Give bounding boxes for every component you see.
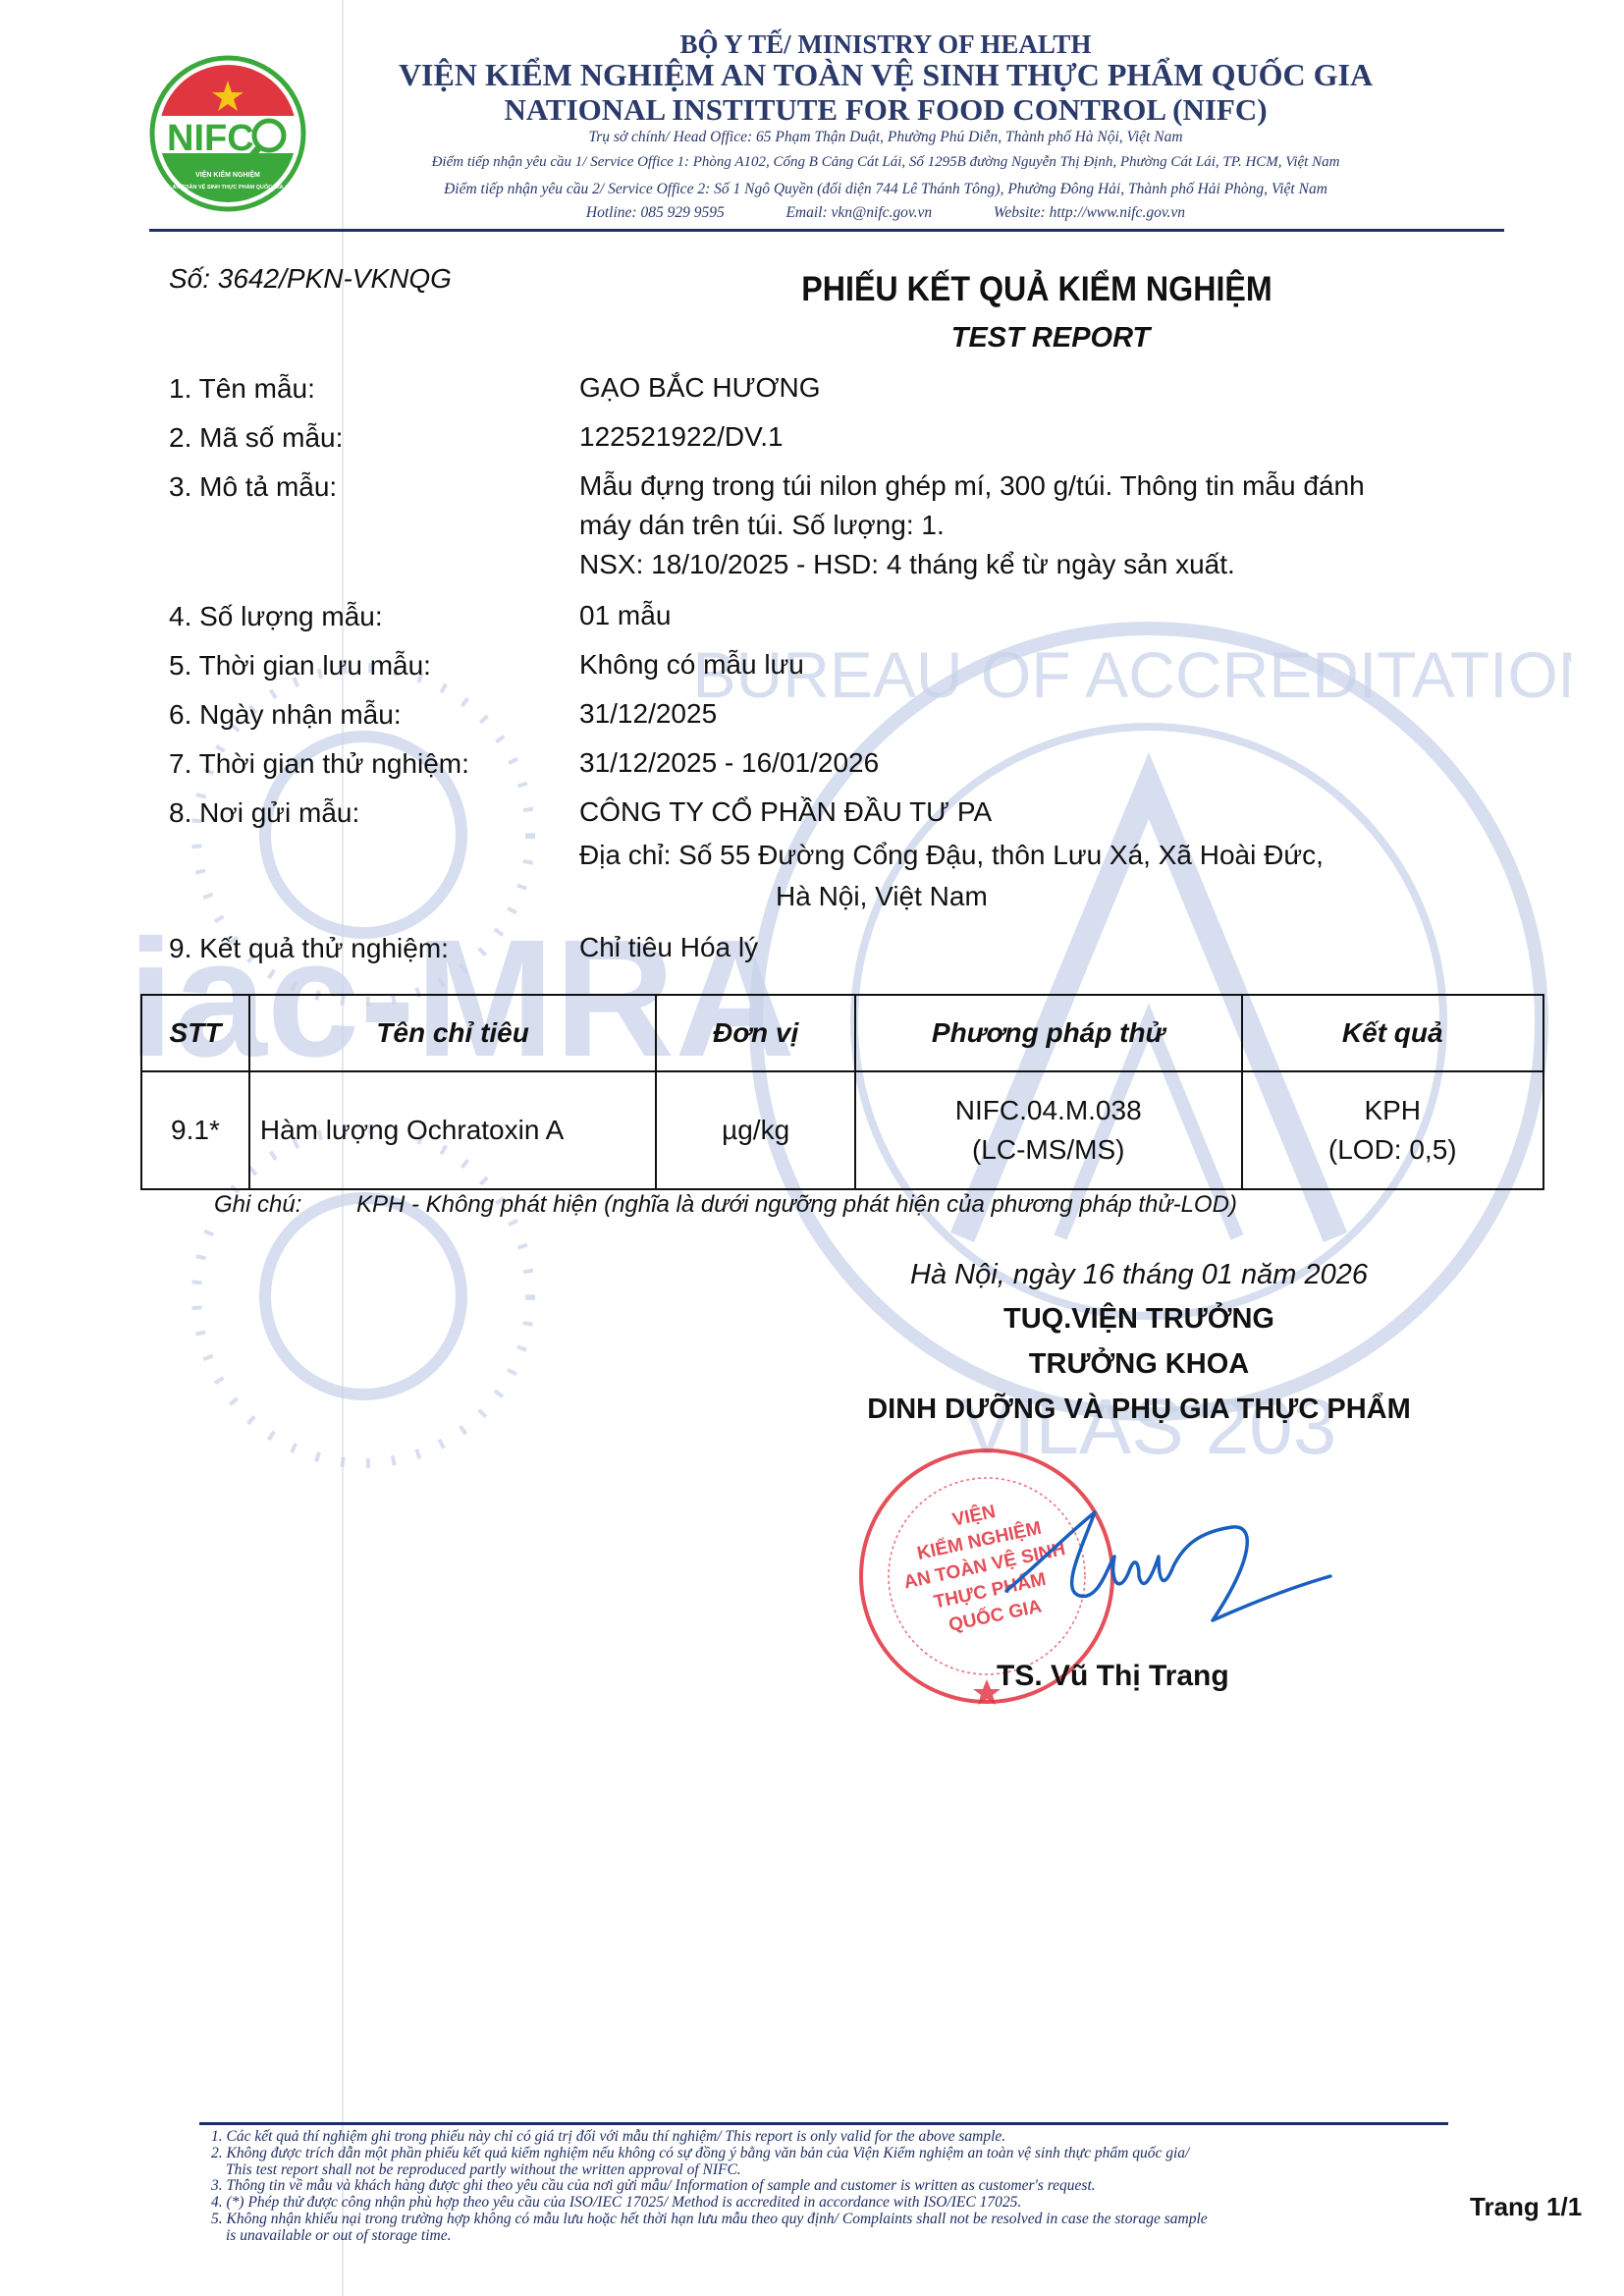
field-value-received-date: 31/12/2025 [579, 694, 717, 734]
footer-notes: 1. Các kết quả thí nghiệm ghi trong phiế… [211, 2129, 1208, 2245]
column-header-parameter: Tên chỉ tiêu [249, 995, 656, 1071]
handwritten-signature [1001, 1503, 1335, 1630]
footer-note: 1. Các kết quả thí nghiệm ghi trong phiế… [211, 2129, 1208, 2146]
footer-divider [199, 2122, 1448, 2125]
field-label-test-result: 9. Kết quả thử nghiệm: [169, 933, 449, 964]
method-code: NIFC.04.M.038 [857, 1091, 1240, 1130]
signatory-title-3: DINH DƯỠNG VÀ PHỤ GIA THỰC PHẨM [825, 1394, 1453, 1426]
cell-unit: µg/kg [656, 1071, 855, 1189]
note-label: Ghi chú: [214, 1191, 356, 1219]
cell-stt: 9.1* [141, 1071, 249, 1189]
footer-note: is unavailable or out of storage time. [211, 2228, 1208, 2245]
website-link[interactable]: Website: http://www.nifc.gov.vn [994, 204, 1185, 221]
service-office-2-address: Điểm tiếp nhận yêu cầu 2/ Service Office… [0, 181, 1624, 198]
footer-note: This test report shall not be reproduced… [211, 2162, 1208, 2179]
note-text: KPH - Không phát hiện (nghĩa là dưới ngư… [356, 1191, 1237, 1218]
field-value-test-period: 31/12/2025 - 16/01/2026 [579, 743, 879, 783]
institute-name-en: NATIONAL INSTITUTE FOR FOOD CONTROL (NIF… [0, 92, 1624, 128]
description-line: NSX: 18/10/2025 - HSD: 4 tháng kể từ ngà… [579, 545, 1365, 584]
cell-result: KPH (LOD: 0,5) [1242, 1071, 1544, 1189]
results-table: STT Tên chỉ tiêu Đơn vị Phương pháp thử … [140, 994, 1544, 1190]
footer-note: 3. Thông tin về mẫu và khách hàng được g… [211, 2178, 1208, 2195]
sender-address: Địa chỉ: Số 55 Đường Cổng Đậu, thôn Lưu … [579, 836, 1324, 875]
field-label-sample-code: 2. Mã số mẫu: [169, 422, 343, 454]
result-value: KPH [1244, 1091, 1543, 1130]
method-technique: (LC-MS/MS) [857, 1130, 1240, 1170]
field-label-test-period: 7. Thời gian thử nghiệm: [169, 748, 469, 780]
service-office-1-address: Điểm tiếp nhận yêu cầu 1/ Service Office… [0, 154, 1624, 171]
sender-company: CÔNG TY CỔ PHẦN ĐẦU TƯ PA [579, 793, 1324, 832]
email-link[interactable]: Email: vkn@nifc.gov.vn [785, 204, 932, 221]
table-row: 9.1* Hàm lượng Ochratoxin A µg/kg NIFC.0… [141, 1071, 1543, 1189]
field-label-sender: 8. Nơi gửi mẫu: [169, 797, 359, 829]
field-value-storage-time: Không có mẫu lưu [579, 645, 804, 684]
description-line: máy dán trên túi. Số lượng: 1. [579, 506, 1365, 545]
field-value-sample-code: 122521922/DV.1 [579, 417, 784, 457]
field-value-sample-quantity: 01 mẫu [579, 596, 671, 635]
header-divider [149, 229, 1504, 232]
report-number: Số: 3642/PKN-VKNQG [169, 263, 452, 295]
logo-caption: VIỆN KIỂM NGHIỆM [195, 170, 260, 179]
result-lod: (LOD: 0,5) [1244, 1130, 1543, 1170]
signatory-title-2: TRƯỞNG KHOA [825, 1348, 1453, 1381]
field-value-sample-description: Mẫu đựng trong túi nilon ghép mí, 300 g/… [579, 466, 1365, 584]
footer-note: 2. Không được trích dẫn một phần phiếu k… [211, 2146, 1208, 2162]
watermark-ring-text: BUREAU OF ACCREDITATION [693, 638, 1571, 711]
hotline: Hotline: 085 929 9595 [586, 204, 725, 221]
cell-method: NIFC.04.M.038 (LC-MS/MS) [855, 1071, 1242, 1189]
table-header-row: STT Tên chỉ tiêu Đơn vị Phương pháp thử … [141, 995, 1543, 1071]
field-label-sample-quantity: 4. Số lượng mẫu: [169, 601, 383, 632]
field-label-storage-time: 5. Thời gian lưu mẫu: [169, 650, 431, 682]
sender-address-city: Hà Nội, Việt Nam [579, 877, 1324, 916]
place-and-date: Hà Nội, ngày 16 tháng 01 năm 2026 [825, 1259, 1453, 1291]
signer-name: TS. Vũ Thị Trang [997, 1660, 1229, 1693]
description-line: Mẫu đựng trong túi nilon ghép mí, 300 g/… [579, 466, 1365, 506]
field-label-sample-description: 3. Mô tả mẫu: [169, 471, 337, 503]
field-value-sample-name: GẠO BẮC HƯƠNG [579, 368, 821, 408]
signatory-title-1: TUQ.VIỆN TRƯỞNG [825, 1303, 1453, 1336]
footer-note: 5. Không nhận khiếu nại trong trường hợp… [211, 2212, 1208, 2228]
column-header-stt: STT [141, 995, 249, 1071]
cell-parameter: Hàm lượng Ochratoxin A [249, 1071, 656, 1189]
report-title: PHIẾU KẾT QUẢ KIỂM NGHIỆM [766, 270, 1308, 309]
ministry-name: BỘ Y TẾ/ MINISTRY OF HEALTH [0, 29, 1624, 60]
contact-line: Hotline: 085 929 9595 Email: vkn@nifc.go… [0, 204, 1624, 222]
report-subtitle: TEST REPORT [844, 322, 1257, 355]
footer-note: 4. (*) Phép thử được công nhận phù hợp t… [211, 2195, 1208, 2212]
page-number: Trang 1/1 [1470, 2192, 1582, 2222]
stamp-text: VIỆN [950, 1501, 998, 1531]
field-label-sample-name: 1. Tên mẫu: [169, 373, 315, 405]
field-value-test-result: Chỉ tiêu Hóa lý [579, 928, 758, 967]
column-header-method: Phương pháp thử [855, 995, 1242, 1071]
table-note: Ghi chú:KPH - Không phát hiện (nghĩa là … [214, 1191, 1237, 1219]
column-header-unit: Đơn vị [656, 995, 855, 1071]
head-office-address: Trụ sở chính/ Head Office: 65 Phạm Thận … [0, 129, 1624, 146]
institute-name-vi: VIỆN KIỂM NGHIỆM AN TOÀN VỆ SINH THỰC PH… [0, 57, 1624, 93]
column-header-result: Kết quả [1242, 995, 1544, 1071]
field-label-received-date: 6. Ngày nhận mẫu: [169, 699, 402, 731]
field-value-sender: CÔNG TY CỔ PHẦN ĐẦU TƯ PA Địa chỉ: Số 55… [579, 793, 1324, 916]
